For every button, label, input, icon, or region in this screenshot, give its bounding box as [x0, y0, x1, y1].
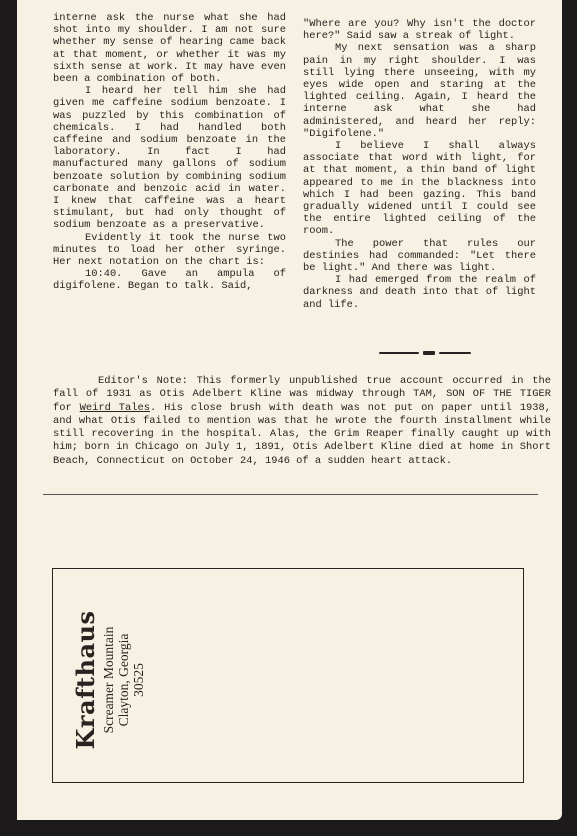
right-paragraph: I had emerged from the realm of darkness…	[303, 274, 536, 311]
left-paragraph: I heard her tell him she had given me ca…	[53, 85, 286, 231]
editors-note-text: Editor's Note: This formerly unpublished…	[53, 375, 551, 468]
section-end-ornament	[379, 351, 471, 355]
mailing-label-box: Krafthaus Screamer Mountain Clayton, Geo…	[52, 568, 524, 783]
right-paragraph: The power that rules our destinies had c…	[303, 238, 536, 275]
horizontal-rule	[43, 494, 538, 495]
left-paragraph: 10:40. Gave an ampula of digifolene. Beg…	[53, 268, 286, 292]
right-text-column: "Where are you? Why isn't the doctor her…	[303, 18, 536, 311]
left-paragraph: interne ask the nurse what she had shot …	[53, 12, 286, 85]
right-paragraph: "Where are you? Why isn't the doctor her…	[303, 18, 536, 42]
publisher-name: Krafthaus	[71, 595, 101, 765]
right-paragraph: My next sensation was a sharp pain in my…	[303, 42, 536, 140]
editors-note: Editor's Note: This formerly unpublished…	[53, 375, 551, 468]
left-paragraph: Evidently it took the nurse two minutes …	[53, 232, 286, 269]
left-text-column: interne ask the nurse what she had shot …	[53, 12, 286, 293]
address-line: Screamer Mountain	[101, 595, 116, 765]
magazine-title: Weird Tales	[80, 402, 150, 414]
address-line: Clayton, Georgia	[116, 595, 131, 765]
return-address: Krafthaus Screamer Mountain Clayton, Geo…	[71, 595, 161, 765]
magazine-page: interne ask the nurse what she had shot …	[17, 0, 562, 820]
address-line: 30525	[131, 595, 146, 765]
right-paragraph: I believe I shall always associate that …	[303, 140, 536, 238]
